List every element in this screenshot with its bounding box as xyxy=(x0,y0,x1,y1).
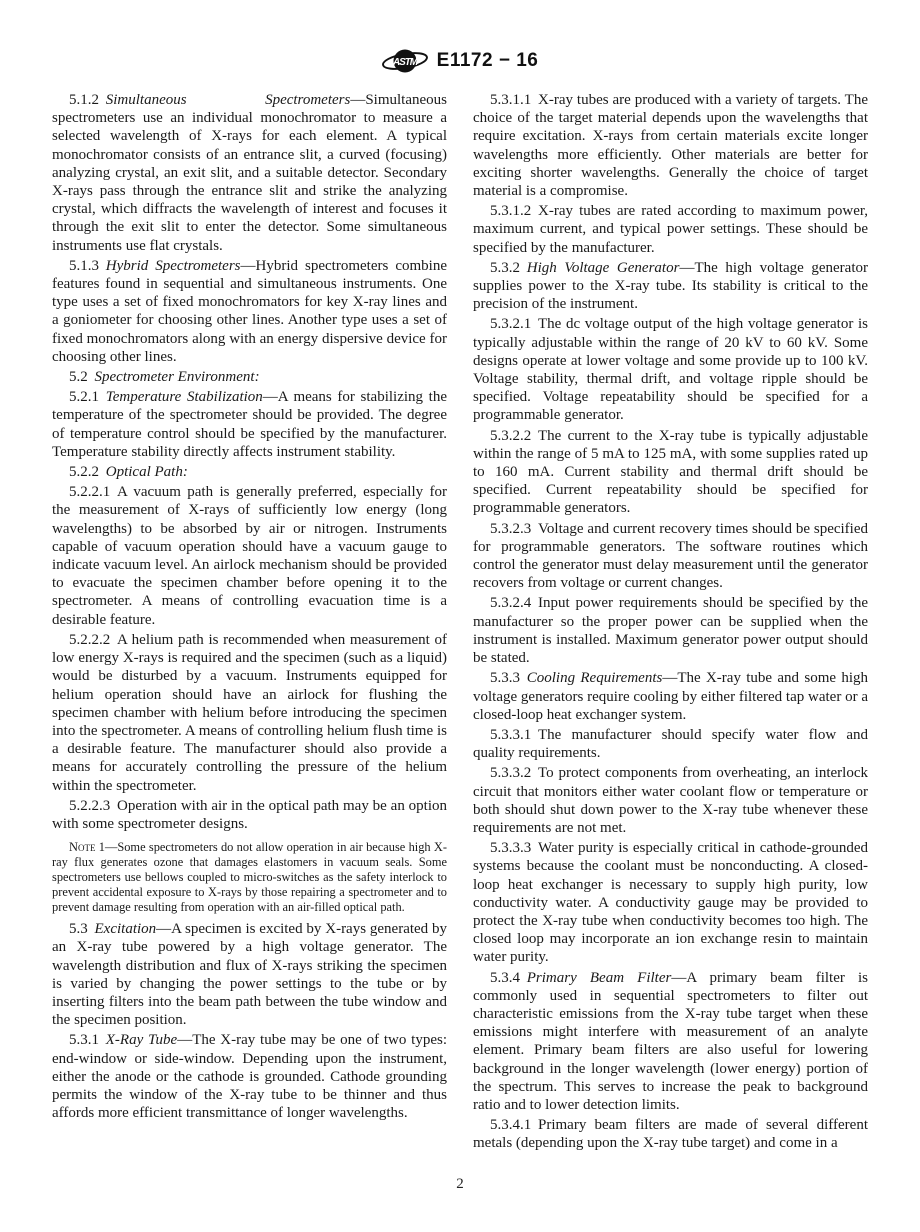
section-title: Primary Beam Filter xyxy=(527,970,672,986)
section-paragraph: 5.1.3Hybrid Spectrometers—Hybrid spectro… xyxy=(52,257,447,366)
section-number: 5.1.3 xyxy=(69,258,99,274)
section-title: Hybrid Spectrometers xyxy=(106,258,241,274)
paragraph-text: A helium path is recommended when measur… xyxy=(52,632,447,794)
section-number: 5.3.2.1 xyxy=(490,316,531,332)
paragraph-text: —Simultaneous spectrometers use an indiv… xyxy=(52,92,447,254)
section-number: 5.3 xyxy=(69,921,88,937)
document-body: 5.1.2Simultaneous Spectrometers—Simultan… xyxy=(0,76,920,1153)
section-paragraph: 5.3.3.1The manufacturer should specify w… xyxy=(473,726,868,762)
section-paragraph: 5.3.1.2X-ray tubes are rated according t… xyxy=(473,202,868,257)
section-paragraph: 5.3.1X-Ray Tube—The X-ray tube may be on… xyxy=(52,1031,447,1122)
astm-logo: ASTM xyxy=(382,46,428,76)
paragraph-text: —A specimen is excited by X-rays generat… xyxy=(52,921,447,1028)
section-paragraph: 5.3.4.1Primary beam filters are made of … xyxy=(473,1116,868,1152)
section-number: 5.2.2 xyxy=(69,464,99,480)
paragraph-text: Voltage and current recovery times shoul… xyxy=(473,521,868,592)
paragraph-text: Operation with air in the optical path m… xyxy=(52,798,447,832)
section-paragraph: 5.2.1Temperature Stabilization—A means f… xyxy=(52,388,447,461)
document-page: ASTM E1172 − 16 5.1.2Simultaneous Spectr… xyxy=(0,0,920,1232)
section-paragraph: 5.3.2.4Input power requirements should b… xyxy=(473,594,868,667)
paragraph-text: Input power requirements should be speci… xyxy=(473,595,868,666)
section-paragraph: 5.3.3Cooling Requirements—The X-ray tube… xyxy=(473,669,868,724)
document-designation: E1172 − 16 xyxy=(437,50,539,72)
note-label: Note 1 xyxy=(69,840,105,854)
paragraph-text: Primary beam filters are made of several… xyxy=(473,1117,868,1151)
paragraph-text: —A primary beam filter is commonly used … xyxy=(473,970,868,1113)
section-number: 5.2.2.2 xyxy=(69,632,110,648)
section-number: 5.3.4 xyxy=(490,970,520,986)
section-number: 5.3.2.2 xyxy=(490,428,531,444)
section-number: 5.3.4.1 xyxy=(490,1117,531,1133)
paragraph-text: The dc voltage output of the high voltag… xyxy=(473,316,868,423)
section-number: 5.3.3.2 xyxy=(490,765,531,781)
section-title: Temperature Stabilization xyxy=(106,389,263,405)
section-number: 5.3.2 xyxy=(490,260,520,276)
page-header: ASTM E1172 − 16 xyxy=(0,0,920,76)
paragraph-text: The current to the X-ray tube is typical… xyxy=(473,428,868,517)
paragraph-text: To protect components from overheating, … xyxy=(473,765,868,836)
section-paragraph: 5.3.2High Voltage Generator—The high vol… xyxy=(473,259,868,314)
section-paragraph: 5.3.3.3Water purity is especially critic… xyxy=(473,839,868,966)
paragraph-text: Water purity is especially critical in c… xyxy=(473,840,868,965)
svg-text:ASTM: ASTM xyxy=(392,57,419,68)
paragraph-text: A vacuum path is generally preferred, es… xyxy=(52,484,447,627)
section-paragraph: 5.3.3.2To protect components from overhe… xyxy=(473,764,868,837)
section-title: X-Ray Tube xyxy=(106,1032,177,1048)
section-number: 5.3.2.3 xyxy=(490,521,531,537)
section-title: Simultaneous Spectrometers xyxy=(106,92,351,108)
section-paragraph: 5.2Spectrometer Environment: xyxy=(52,368,447,386)
section-title: Optical Path: xyxy=(106,464,188,480)
section-title: Cooling Requirements xyxy=(527,670,663,686)
section-number: 5.3.3 xyxy=(490,670,520,686)
section-number: 5.3.1.1 xyxy=(490,92,531,108)
section-paragraph: 5.3.2.3Voltage and current recovery time… xyxy=(473,520,868,593)
section-paragraph: 5.3.1.1X-ray tubes are produced with a v… xyxy=(473,91,868,200)
section-number: 5.3.3.1 xyxy=(490,727,531,743)
section-number: 5.3.1 xyxy=(69,1032,99,1048)
section-number: 5.2.2.1 xyxy=(69,484,110,500)
section-number: 5.2 xyxy=(69,369,88,385)
section-number: 5.3.1.2 xyxy=(490,203,531,219)
section-paragraph: 5.1.2Simultaneous Spectrometers—Simultan… xyxy=(52,91,447,255)
section-number: 5.3.3.3 xyxy=(490,840,531,856)
paragraph-text: —Some spectrometers do not allow operati… xyxy=(52,840,447,914)
paragraph-text: X-ray tubes are produced with a variety … xyxy=(473,92,868,199)
section-title: Excitation xyxy=(95,921,157,937)
section-paragraph: 5.2.2.2A helium path is recommended when… xyxy=(52,631,447,795)
section-number: 5.2.2.3 xyxy=(69,798,110,814)
section-paragraph: 5.2.2.3Operation with air in the optical… xyxy=(52,797,447,833)
paragraph-text: The manufacturer should specify water fl… xyxy=(473,727,868,761)
section-number: 5.1.2 xyxy=(69,92,99,108)
section-paragraph: 5.3.2.1The dc voltage output of the high… xyxy=(473,315,868,424)
section-number: 5.3.2.4 xyxy=(490,595,531,611)
section-number: 5.2.1 xyxy=(69,389,99,405)
left-column: 5.1.2Simultaneous Spectrometers—Simultan… xyxy=(52,89,447,1153)
section-paragraph: 5.2.2.1A vacuum path is generally prefer… xyxy=(52,483,447,629)
section-title: High Voltage Generator xyxy=(527,260,680,276)
right-column: 5.3.1.1X-ray tubes are produced with a v… xyxy=(473,89,868,1153)
paragraph-text: X-ray tubes are rated according to maxim… xyxy=(473,203,868,255)
section-paragraph: 5.2.2Optical Path: xyxy=(52,463,447,481)
section-paragraph: 5.3.4Primary Beam Filter—A primary beam … xyxy=(473,969,868,1115)
section-title: Spectrometer Environment: xyxy=(95,369,260,385)
page-number: 2 xyxy=(0,1176,920,1193)
section-paragraph: 5.3Excitation—A specimen is excited by X… xyxy=(52,920,447,1029)
note-paragraph: Note 1—Some spectrometers do not allow o… xyxy=(52,840,447,915)
section-paragraph: 5.3.2.2The current to the X-ray tube is … xyxy=(473,427,868,518)
